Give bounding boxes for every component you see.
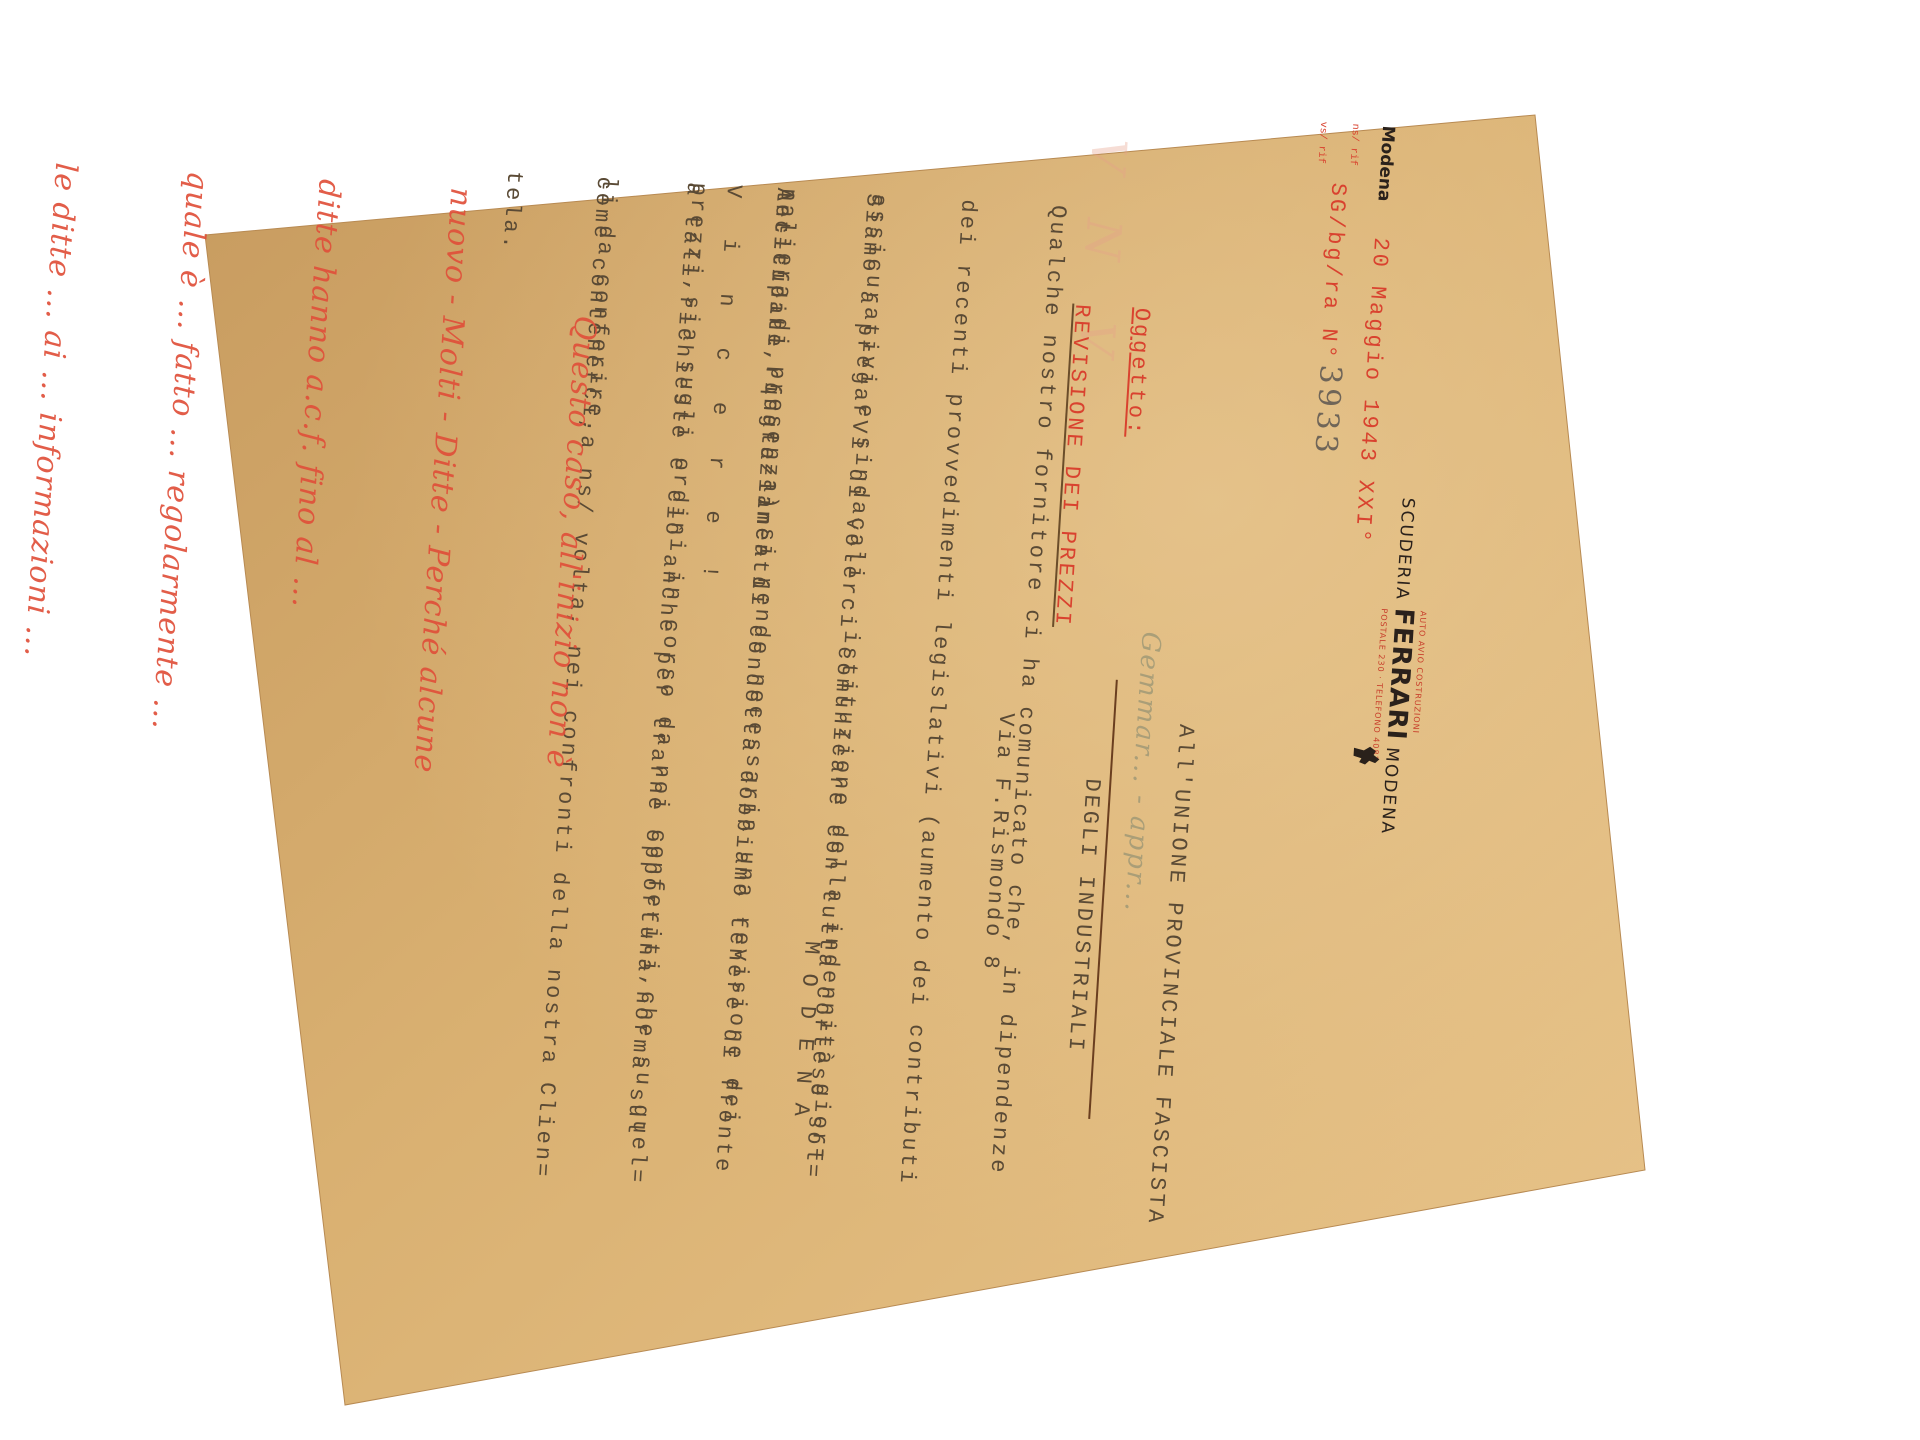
ns-rif-label: ns/ rif [1347, 123, 1361, 166]
letterhead-scuderia: SCUDERIA [1391, 497, 1417, 601]
reference-prefix: SG/bg/ra N° [1314, 182, 1350, 361]
subject-label: Oggetto: [1121, 307, 1154, 438]
body-line: Qualche nostro fornitore ci ha comunicat… [979, 204, 1072, 1208]
photo-stage: V N V AUTO AVIO COSTRUZIONI SCUDERIA FER… [0, 0, 1920, 1440]
handwritten-line: le ditte ... ai ... informazioni ... [6, 161, 87, 750]
reference-number: 3933 [1307, 364, 1348, 458]
body-line: Siamo a pregarVi di volerci comunicare c… [795, 193, 888, 1197]
handwritten-line: ditte hanno a.c.f. fino al ... [270, 178, 351, 767]
handwritten-red-note: Questo caso, all'inizio non è nuovo - Mo… [0, 148, 702, 789]
handwritten-line: Questo caso, all'inizio non è [533, 194, 614, 783]
place-label: Modena [1373, 125, 1398, 202]
prancing-horse-icon [1347, 739, 1385, 771]
letterhead: AUTO AVIO COSTRUZIONI SCUDERIA FERRARI M… [1366, 496, 1435, 837]
vs-rif-label: vs/ rif [1315, 121, 1329, 164]
letter-content: V N V AUTO AVIO COSTRUZIONI SCUDERIA FER… [422, 70, 1498, 1370]
reference-line: SG/bg/ra N° 3933 [1305, 182, 1359, 458]
handwritten-line: quale è ... fatto ... regolarmente ... [138, 170, 219, 759]
handwritten-line: nuovo - Molti - Ditte - Perché alcune [402, 186, 483, 775]
